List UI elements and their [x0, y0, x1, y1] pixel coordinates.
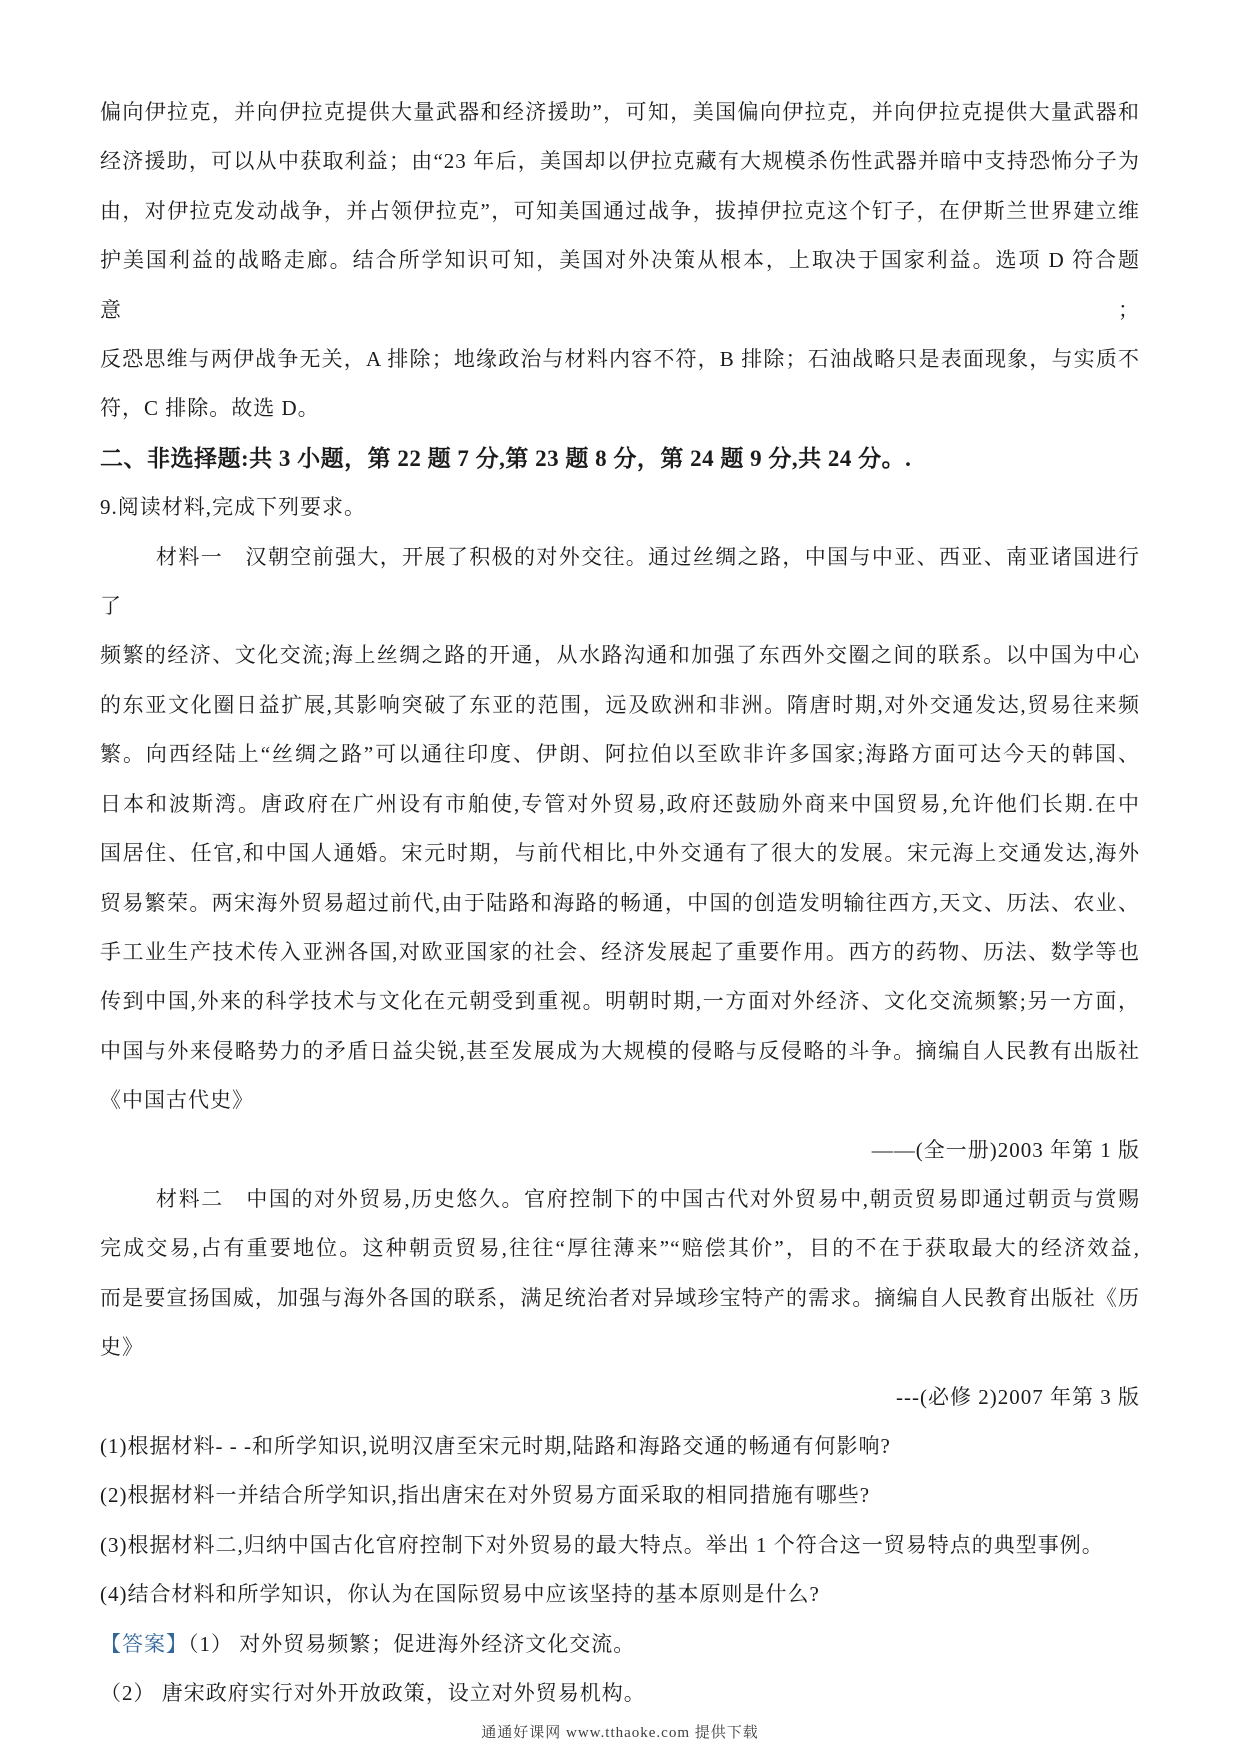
analysis-line: 由，对伊拉克发动战争，并占领伊拉克”，可知美国通过战争，拔掉伊拉克这个钉子，在伊… [100, 187, 1140, 236]
material-two-line: 完成交易,占有重要地位。这种朝贡贸易,往往“厚往薄来”“赔偿其价”，目的不在于获… [100, 1224, 1140, 1273]
material-one-citation: ——(全一册)2003 年第 1 版 [100, 1126, 1140, 1175]
material-one-line: 国居住、任官,和中国人通婚。宋元时期，与前代相比,中外交通有了很大的发展。宋元海… [100, 829, 1140, 878]
material-two-line: 材料二 中国的对外贸易,历史悠久。官府控制下的中国古代对外贸易中,朝贡贸易即通过… [100, 1175, 1140, 1224]
material-one-line: 《中国古代史》 [100, 1076, 1140, 1125]
analysis-line: 符，C 排除。故选 D。 [100, 384, 1140, 433]
material-two-line: 而是要宣扬国威，加强与海外各国的联系，满足统治者对异域珍宝特产的需求。摘编自人民… [100, 1274, 1140, 1323]
material-two-citation: ---(必修 2)2007 年第 3 版 [100, 1373, 1140, 1422]
material-one-line: 材料一 汉朝空前强大，开展了积极的对外交往。通过丝绸之路，中国与中亚、西亚、南亚… [100, 533, 1140, 632]
material-one-line: 频繁的经济、文化交流;海上丝绸之路的开通，从水路沟通和加强了东西外交圈之间的联系… [100, 631, 1140, 680]
analysis-line: 偏向伊拉克，并向伊拉克提供大量武器和经济援助”，可知，美国偏向伊拉克，并向伊拉克… [100, 88, 1140, 137]
answer-line: 【答案】（1） 对外贸易频繁；促进海外经济文化交流。 [100, 1620, 1140, 1669]
material-one-line: 的东亚文化圈日益扩展,其影响突破了东亚的范围，远及欧洲和非洲。隋唐时期,对外交通… [100, 681, 1140, 730]
material-one-line: 传到中国,外来的科学技术与文化在元朝受到重视。明朝时期,一方面对外经济、文化交流… [100, 977, 1140, 1026]
analysis-line: 护美国利益的战略走廊。结合所学知识可知，美国对外决策从根本，上取决于国家利益。选… [100, 236, 1140, 335]
material-one-line: 日本和波斯湾。唐政府在广州设有市舶使,专管对外贸易,政府还鼓励外商来中国贸易,允… [100, 780, 1140, 829]
material-one-line: 中国与外来侵略势力的矛盾日益尖锐,甚至发展成为大规模的侵略与反侵略的斗争。摘编自… [100, 1027, 1140, 1076]
answer-line: （2） 唐宋政府实行对外开放政策，设立对外贸易机构。 [100, 1669, 1140, 1718]
sub-question: (2)根据材料一并结合所学知识,指出唐宋在对外贸易方面采取的相同措施有哪些? [100, 1471, 1140, 1520]
document-body: 偏向伊拉克，并向伊拉克提供大量武器和经济援助”，可知，美国偏向伊拉克，并向伊拉克… [100, 88, 1140, 1718]
answer-label: 【答案】 [100, 1632, 188, 1656]
material-one-line: 繁。向西经陆上“丝绸之路”可以通往印度、伊朗、阿拉伯以至欧非许多国家;海路方面可… [100, 730, 1140, 779]
material-two-line: 史》 [100, 1323, 1140, 1372]
material-one-line: 手工业生产技术传入亚洲各国,对欧亚国家的社会、经济发展起了重要作用。西方的药物、… [100, 928, 1140, 977]
section-heading: 二、非选择题:共 3 小题，第 22 题 7 分,第 23 题 8 分，第 24… [100, 434, 1140, 483]
question-intro: 9.阅读材料,完成下列要求。 [100, 483, 1140, 532]
sub-question: (3)根据材料二,归纳中国古化官府控制下对外贸易的最大特点。举出 1 个符合这一… [100, 1521, 1140, 1570]
analysis-line: 经济援助，可以从中获取利益；由“23 年后，美国却以伊拉克藏有大规模杀伤性武器并… [100, 137, 1140, 186]
sub-question: (1)根据材料- - -和所学知识,说明汉唐至宋元时期,陆路和海路交通的畅通有何… [100, 1422, 1140, 1471]
answer-text: （1） 对外贸易频繁；促进海外经济文化交流。 [188, 1632, 635, 1656]
sub-question: (4)结合材料和所学知识，你认为在国际贸易中应该坚持的基本原则是什么? [100, 1570, 1140, 1619]
exam-document-page: 偏向伊拉克，并向伊拉克提供大量武器和经济援助”，可知，美国偏向伊拉克，并向伊拉克… [0, 0, 1240, 1754]
material-one-line: 贸易繁荣。两宋海外贸易超过前代,由于陆路和海路的畅通，中国的创造发明输往西方,天… [100, 879, 1140, 928]
page-footer: 通通好课网 www.tthaoke.com 提供下载 [0, 1721, 1240, 1742]
analysis-line: 反恐思维与两伊战争无关，A 排除；地缘政治与材料内容不符，B 排除；石油战略只是… [100, 335, 1140, 384]
